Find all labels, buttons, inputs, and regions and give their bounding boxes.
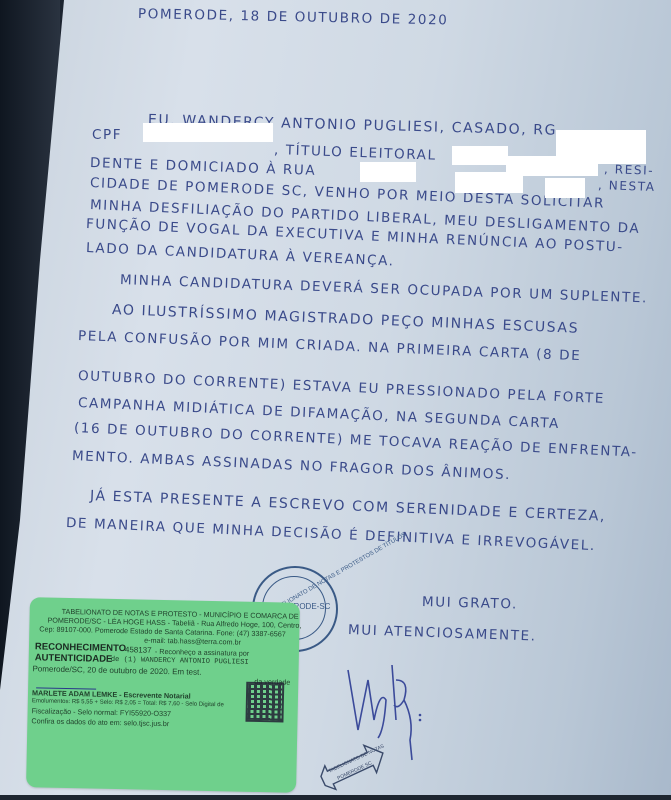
reconhecimento-text: - Reconheço a assinatura por [155,648,249,657]
letter-line: , nesta [598,178,656,194]
autenticidade-label: AUTENTICIDADE [35,653,113,664]
notary-line: e-mail: tab.hass@terra.com.br [144,637,241,646]
bottom-edge [0,795,671,800]
redaction-cpf [143,123,273,142]
redaction-address-4 [545,178,585,198]
letter-line: , Resi- [604,162,655,178]
verify-url: Confira os dados do ato em: selo.tjsc.ju… [31,717,169,727]
redaction-address-3 [455,172,523,193]
letter-line: CPF [92,127,122,143]
redaction-titulo [452,146,508,165]
notary-authentication-label: TABELIONATO DE NOTAS E PROTESTO - MUNICÍ… [26,597,300,793]
notary-signature-scribble [36,675,96,689]
reconhecimento-number: 458137 [125,646,152,655]
closing-thanks: Mui grato. [422,594,518,613]
qr-code [245,682,284,723]
redaction-address-2 [360,162,416,182]
